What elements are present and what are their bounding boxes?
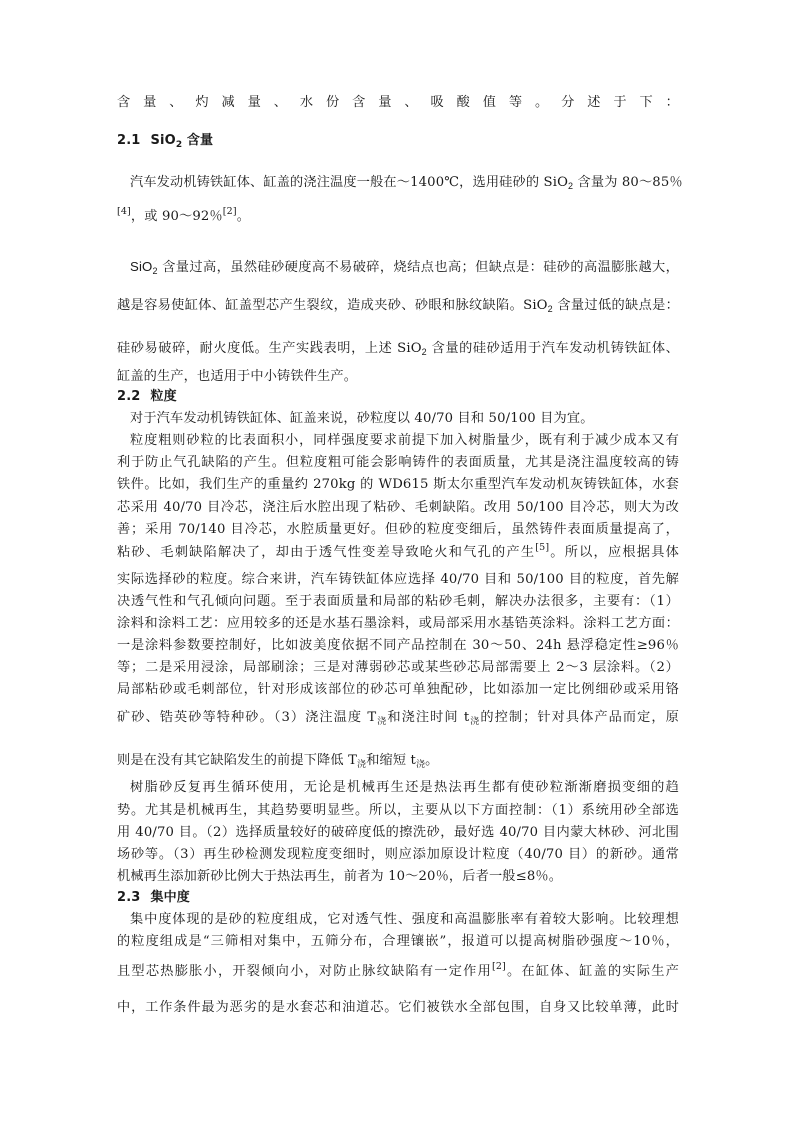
- paragraph-line: 硅砂易破碎，耐火度低。生产实践表明，上述 SiO2 含量的硅砂适用于汽车发动机铸…: [117, 341, 679, 357]
- section-heading-2-2: 2.2粒度: [117, 389, 679, 405]
- citation: [5]: [535, 542, 549, 553]
- paragraph-line: 场砂等。（3）再生砂检测发现粒度变细时，则应添加原设计粒度（40/70 目）的新…: [117, 847, 679, 863]
- paragraph-line: 用 40/70 目。（2）选择质量较好的破碎度低的擦洗砂，最好选 40/70 目…: [117, 825, 679, 841]
- paragraph-line: 的粒度组成是“三筛相对集中，五筛分布，合理镶嵌”，报道可以提高树脂砂强度～10％…: [117, 934, 679, 950]
- paragraph-line: 决透气性和气孔倾向问题。至于表面质量和局部的粘砂毛刺，解决办法很多，主要有：（1…: [117, 594, 679, 610]
- paragraph-line: 等；二是采用浸涂，局部刷涂；三是对薄弱砂芯或某些砂芯局部需要上 2～3 层涂料。…: [117, 660, 679, 676]
- paragraph-line: 汽车发动机铸铁缸体、缸盖的浇注温度一般在～1400℃，选用硅砂的 SiO2 含量…: [130, 175, 679, 191]
- paragraph-line: 且型芯热膨胀小，开裂倾向小，对防止脉纹缺陷有一定作用[2]。在缸体、缸盖的实际生…: [117, 964, 679, 980]
- paragraph-line: 粒度粗则砂粒的比表面积小，同样强度要求前提下加入树脂量少，既有利于减少成本又有: [130, 433, 679, 449]
- section-number: 2.3: [117, 890, 140, 905]
- paragraph-line: 局部粘砂或毛刺部位，针对形成该部位的砂芯可单独配砂，比如添加一定比例细砂或采用铬: [117, 682, 679, 698]
- paragraph-line: 利于防止气孔缺陷的产生。但粒度粗可能会影响铸件的表面质量，尤其是浇注温度较高的铸: [117, 455, 679, 471]
- paragraph-line: 芯采用 40/70 目冷芯，浇注后水腔出现了粘砂、毛刺缺陷。改用 50/100 …: [117, 500, 679, 516]
- intro-line: 含量、灼减量、水份含量、吸酸值等。分述于下：: [117, 95, 679, 111]
- paragraph-line: 中，工作条件最为恶劣的是水套芯和油道芯。它们被铁水全部包围，自身又比较单薄，此时: [117, 1000, 679, 1016]
- section-title: 集中度: [150, 890, 189, 905]
- paragraph-line: 粘砂、毛刺缺陷解决了，却由于透气性变差导致呛火和气孔的产生[5]。所以，应根据具…: [117, 545, 679, 561]
- section-title: 粒度: [150, 389, 176, 404]
- paragraph-line: 矿砂、锆英砂等特种砂。（3）浇注温度 T浇和浇注时间 t浇的控制；针对具体产品而…: [117, 710, 679, 726]
- citation: [4]: [117, 206, 131, 217]
- paragraph-line: 集中度体现的是砂的粒度组成，它对透气性、强度和高温膨胀率有着较大影响。比较理想: [130, 912, 679, 928]
- paragraph-line: [4]，或 90～92％[2]。: [117, 209, 679, 225]
- section-number: 2.1: [117, 133, 140, 148]
- paragraph-line: 对于汽车发动机铸铁缸体、缸盖来说，砂粒度以 40/70 目和 50/100 目为…: [130, 411, 679, 427]
- citation: [2]: [223, 206, 237, 217]
- paragraph-line: 势。尤其是机械再生，其趋势要明显些。所以，主要从以下方面控制：（1）系统用砂全部…: [117, 803, 679, 819]
- paragraph-line: 越是容易使缸体、缸盖型芯产生裂纹，造成夹砂、砂眼和脉纹缺陷。SiO2 含量过低的…: [117, 298, 679, 314]
- paragraph-line: 缸盖的生产，也适用于中小铸铁件生产。: [117, 369, 679, 385]
- paragraph-line: 善；采用 70/140 目冷芯，水腔质量更好。但砂的粒度变细后，虽然铸件表面质量…: [117, 522, 679, 538]
- paragraph-line: 一是涂料参数要控制好，比如波美度依据不同产品控制在 30～50、24h 悬浮稳定…: [117, 638, 679, 654]
- paragraph-line: 则是在没有其它缺陷发生的前提下降低 T浇和缩短 t浇。: [117, 753, 679, 769]
- section-number: 2.2: [117, 389, 140, 404]
- citation: [2]: [492, 961, 506, 972]
- paragraph-line: 机械再生添加新砂比例大于热法再生，前者为 10～20％，后者一般≤8％。: [117, 869, 679, 885]
- section-heading-2-3: 2.3集中度: [117, 890, 679, 906]
- paragraph-line: 实际选择砂的粒度。综合来讲，汽车铸铁缸体应选择 40/70 目和 50/100 …: [117, 572, 679, 588]
- section-heading-2-1: 2.1SiO2 含量: [117, 133, 679, 149]
- paragraph-line: SiO2 含量过高，虽然硅砂硬度高不易破碎，烧结点也高；但缺点是：硅砂的高温膨胀…: [130, 259, 679, 276]
- paragraph-line: 涂料和涂料工艺：应用较多的还是水基石墨涂料，或局部采用水基锆英涂料。涂料工艺方面…: [117, 616, 679, 632]
- paragraph-line: 铁件。比如，我们生产的重量约 270kg 的 WD615 斯太尔重型汽车发动机灰…: [117, 477, 679, 493]
- paragraph-line: 树脂砂反复再生循环使用，无论是机械再生还是热法再生都有使砂粒渐渐磨损变细的趋: [130, 780, 679, 796]
- section-title: SiO2 含量: [150, 133, 213, 148]
